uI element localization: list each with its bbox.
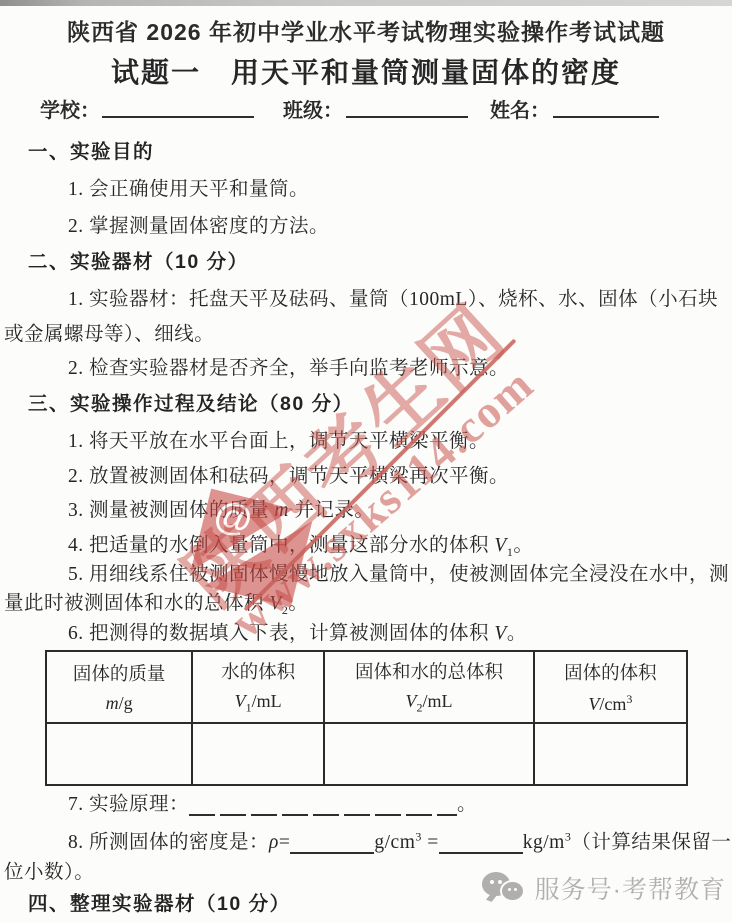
item8-unit-gcm3: g/cm: [374, 832, 415, 853]
name-label: 姓名：: [490, 94, 550, 123]
class-blank: [346, 94, 468, 118]
school-blank: [102, 94, 254, 118]
header-water-volume-label: 水的体积: [193, 658, 323, 684]
measurement-table: 固体的质量 m/g 水的体积 V1/mL 固体和水的总体积 V2/mL 固体的体…: [45, 650, 688, 786]
item5-variable-v2: V: [269, 593, 281, 614]
item3-text: 3. 测量被测固体的质量: [68, 500, 274, 521]
section1-item1: 1. 会正确使用天平和量筒。: [68, 173, 309, 201]
paper-title: 试题一 用天平和量筒测量固体的密度: [0, 51, 732, 91]
item4-text: 4. 把适量的水倒入量筒中，测量这部分水的体积: [68, 535, 494, 556]
table-header-total-volume: 固体和水的总体积 V2/mL: [324, 651, 534, 723]
section3-item6: 6. 把测得的数据填入下表，计算被测固体的体积 V。: [68, 617, 527, 645]
item7-label: 7. 实验原理：: [68, 794, 189, 815]
header-mass-unit: m/g: [47, 693, 191, 714]
item8-blank2: [439, 834, 523, 854]
item6-variable-v: V: [494, 623, 506, 644]
section3-heading: 三、实验操作过程及结论（80 分）: [28, 388, 354, 416]
item8-rho-symbol: ρ: [269, 832, 279, 853]
scan-edge-strip: [0, 0, 732, 6]
header-total-volume-label: 固体和水的总体积: [325, 658, 533, 684]
section2-item2: 2. 检查实验器材是否齐全，举手向监考老师示意。: [68, 352, 509, 380]
item3-variable-m: m: [274, 500, 289, 521]
section1-item2: 2. 掌握测量固体密度的方法。: [68, 210, 329, 238]
section3-item4: 4. 把适量的水倒入量筒中，测量这部分水的体积 V1。: [68, 529, 533, 560]
header-solid-volume-unit: V/cm3: [535, 692, 686, 715]
item4-variable-v1: V: [494, 535, 506, 556]
item3-text-end: 并记录。: [289, 500, 374, 521]
section1-heading: 一、实验目的: [28, 136, 154, 164]
wechat-badge-text: 服务号·考帮教育: [535, 870, 726, 906]
school-label: 学校：: [40, 94, 100, 123]
section4-heading: 四、整理实验器材（10 分）: [28, 888, 291, 916]
header-solid-volume-label: 固体的体积: [535, 659, 686, 685]
item8-equals1: =: [279, 832, 291, 853]
table-cell-total-volume-empty: [324, 723, 534, 785]
table-cell-solid-volume-empty: [534, 723, 687, 785]
section3-item7: 7. 实验原理：。: [68, 788, 477, 816]
item8-unit-kgm3: kg/m: [523, 832, 565, 853]
table-data-row: [46, 723, 687, 785]
item8-label: 8. 所测固体的密度是：: [68, 832, 269, 853]
header-mass-label: 固体的质量: [47, 660, 191, 686]
table-header-solid-volume: 固体的体积 V/cm3: [534, 651, 687, 723]
item7-period: 。: [457, 794, 477, 815]
name-blank: [553, 94, 659, 118]
header-total-volume-unit: V2/mL: [325, 691, 533, 716]
item6-text-end: 。: [507, 623, 527, 644]
wechat-icon: [482, 870, 526, 906]
student-info-row: 学校： 班级： 姓名：: [0, 94, 732, 124]
section3-item5-line1: 5. 用细线系住被测固体慢慢地放入量筒中，使被测固体完全浸没在水中，测: [68, 558, 729, 586]
section3-item2: 2. 放置被测固体和砝码，调节天平横梁再次平衡。: [68, 460, 509, 488]
table-header-row: 固体的质量 m/g 水的体积 V1/mL 固体和水的总体积 V2/mL 固体的体…: [46, 651, 687, 723]
section3-item8-line1: 8. 所测固体的密度是：ρ=g/cm3 =kg/m3（计算结果保留一: [68, 826, 731, 854]
section3-item1: 1. 将天平放在水平台面上，调节天平横梁平衡。: [68, 425, 489, 453]
section2-heading: 二、实验器材（10 分）: [28, 246, 249, 274]
section3-item5-line2: 量此时被测固体和水的总体积 V2。: [4, 587, 308, 618]
table-header-water-volume: 水的体积 V1/mL: [192, 651, 324, 723]
item4-text-end: 。: [513, 535, 533, 556]
item6-text: 6. 把测得的数据填入下表，计算被测固体的体积: [68, 623, 494, 644]
wechat-service-badge: 服务号·考帮教育: [482, 870, 726, 906]
table-cell-water-volume-empty: [192, 723, 324, 785]
header-water-volume-unit: V1/mL: [193, 691, 323, 716]
item5-text-end: 。: [288, 593, 308, 614]
item8-equals2: =: [427, 832, 439, 853]
item5-text: 量此时被测固体和水的总体积: [4, 593, 269, 614]
table-header-mass: 固体的质量 m/g: [46, 651, 192, 723]
item8-blank1: [290, 834, 374, 854]
class-label: 班级：: [283, 94, 343, 123]
item8-note: （计算结果保留一: [571, 832, 731, 853]
section2-item1-line1: 1. 实验器材：托盘天平及砝码、量筒（100mL）、烧杯、水、固体（小石块: [68, 283, 718, 311]
table-cell-mass-empty: [46, 723, 192, 785]
item7-blank: [189, 798, 457, 816]
item8-sup1: 3: [415, 830, 422, 844]
exam-title: 陕西省 2026 年初中学业水平考试物理实验操作考试试题: [0, 14, 732, 47]
section2-item1-line2: 或金属螺母等）、细线。: [4, 318, 214, 346]
section3-item3: 3. 测量被测固体的质量 m 并记录。: [68, 494, 374, 522]
section3-item8-line2: 位小数）。: [4, 856, 94, 884]
